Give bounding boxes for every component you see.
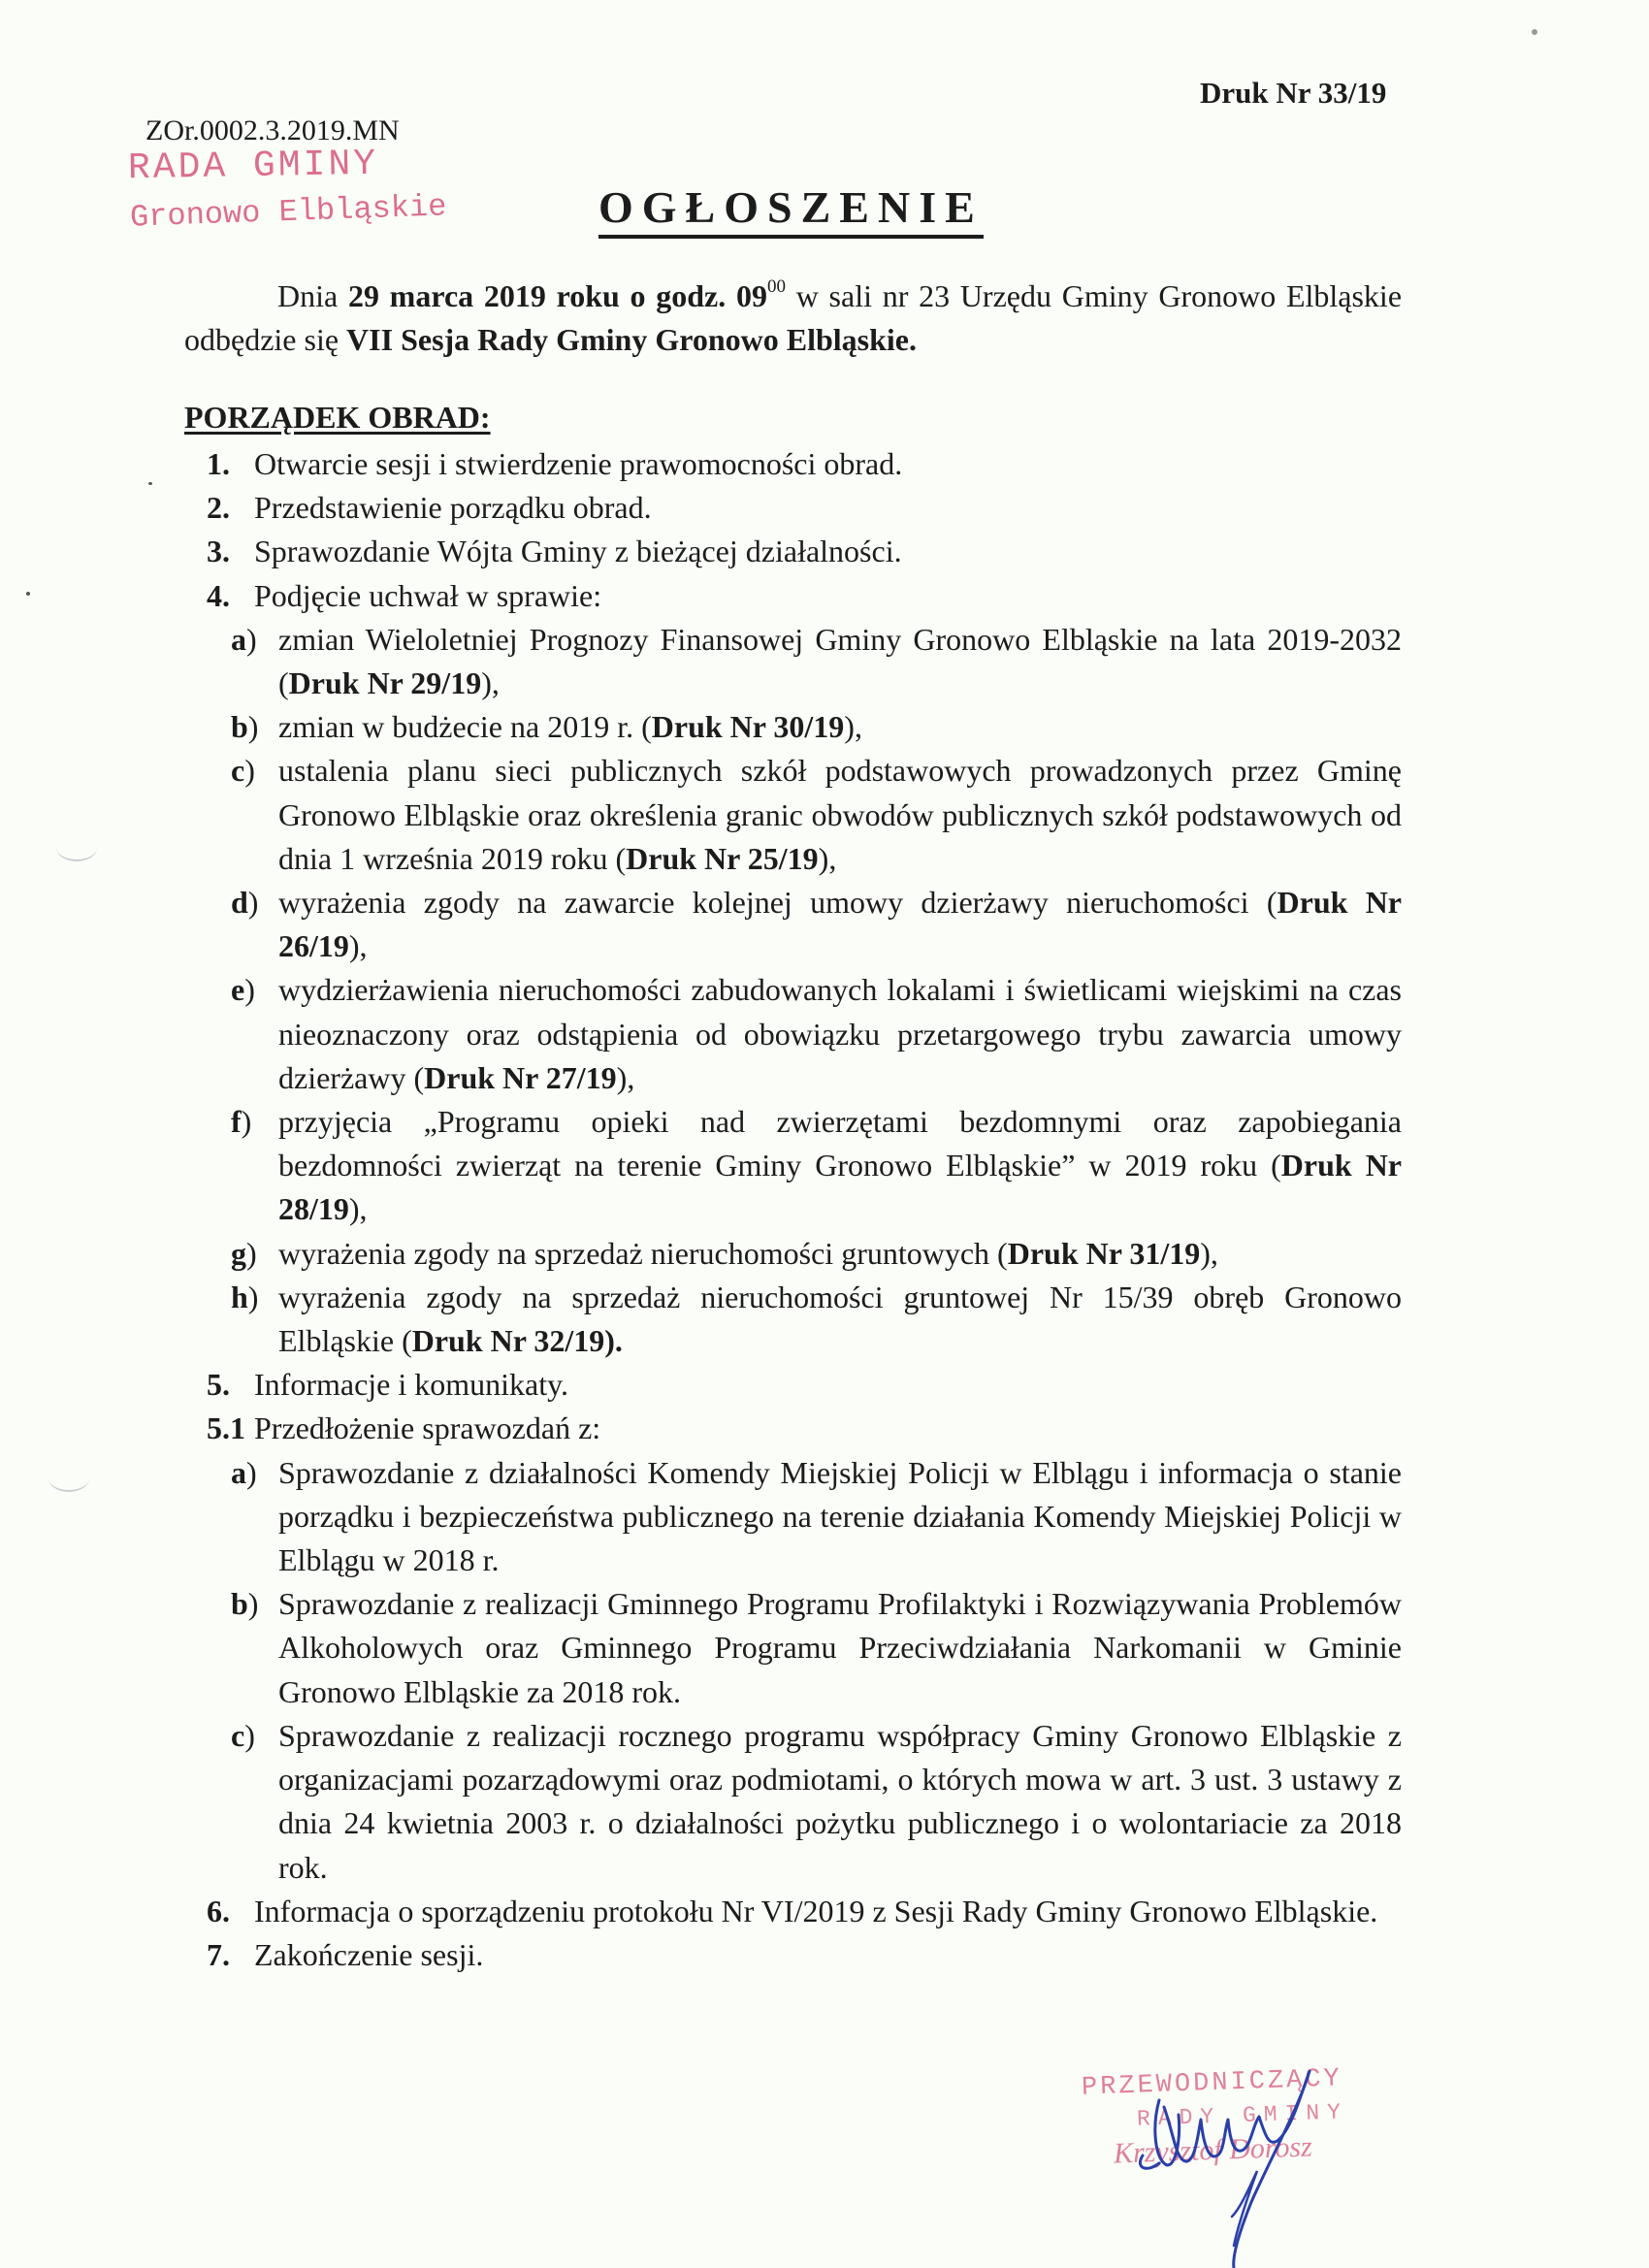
- subitem-text: zmian Wieloletniej Prognozy Finansowej G…: [278, 618, 1402, 705]
- agenda-item-6: 6. Informacja o sporządzeniu protokołu N…: [207, 1890, 1402, 1933]
- session-name: VII Sesja Rady Gminy Gronowo Elbląskie.: [346, 322, 917, 357]
- agenda-item-5-1: 5.1 Przedłożenie sprawozdań z:: [207, 1407, 1402, 1450]
- document-page: Druk Nr 33/19 ZOr.0002.3.2019.MN RADA GM…: [0, 0, 1649, 2268]
- handwritten-signature-icon: [1067, 2047, 1377, 2268]
- item-text: Informacje i komunikaty.: [254, 1363, 1402, 1407]
- agenda-item-2: 2. Przedstawienie porządku obrad.: [207, 486, 1402, 530]
- subitem-text: wyrażenia zgody na sprzedaż nieruchomośc…: [278, 1232, 1402, 1276]
- subitem-letter: h): [231, 1276, 278, 1319]
- agenda-subitem-4b: b) zmian w budżecie na 2019 r. (Druk Nr …: [207, 705, 1402, 749]
- subitem-text: przyjęcia „Programu opieki nad zwierzęta…: [278, 1100, 1402, 1232]
- intro-paragraph: Dnia 29 marca 2019 roku o godz. 0900 w s…: [184, 275, 1402, 362]
- druk-reference: Druk Nr 29/19: [289, 665, 482, 700]
- druk-reference: Druk Nr 25/19: [626, 841, 819, 876]
- druk-reference: Druk Nr 32/19).: [412, 1323, 623, 1358]
- agenda-subitem-4c: c) ustalenia planu sieci publicznych szk…: [207, 749, 1402, 881]
- subitem-letter: c): [231, 749, 278, 793]
- scan-speck: [148, 482, 152, 485]
- agenda-list: 1. Otwarcie sesji i stwierdzenie prawomo…: [207, 442, 1402, 1977]
- item-number: 6.: [207, 1890, 254, 1933]
- subitem-text: ustalenia planu sieci publicznych szkół …: [278, 749, 1402, 881]
- item-number: 7.: [207, 1933, 254, 1977]
- item-text: Zakończenie sesji.: [254, 1933, 1402, 1977]
- document-title: OGŁOSZENIE: [598, 182, 984, 239]
- reference-code: ZOr.0002.3.2019.MN: [145, 114, 400, 147]
- subitem-text: wydzierżawienia nieruchomości zabudowany…: [278, 968, 1402, 1100]
- subitem-letter: a): [231, 1451, 278, 1495]
- item-number: 5.1: [207, 1407, 254, 1450]
- subitem-text: wyrażenia zgody na sprzedaż nieruchomośc…: [278, 1276, 1402, 1363]
- item-text: Informacja o sporządzeniu protokołu Nr V…: [254, 1890, 1402, 1933]
- agenda-item-3: 3. Sprawozdanie Wójta Gminy z bieżącej d…: [207, 530, 1402, 573]
- punch-hole-mark: [48, 1465, 89, 1492]
- agenda-subitem-5-1a: a) Sprawozdanie z działalności Komendy M…: [207, 1451, 1402, 1583]
- agenda-heading: PORZĄDEK OBRAD:: [184, 400, 491, 436]
- subitem-letter: b): [231, 1582, 278, 1626]
- agenda-item-7: 7. Zakończenie sesji.: [207, 1933, 1402, 1977]
- council-stamp-line1: RADA GMINY: [128, 144, 379, 189]
- scan-speck: [26, 592, 30, 596]
- item-text: Sprawozdanie Wójta Gminy z bieżącej dzia…: [254, 530, 1402, 573]
- agenda-subitem-4d: d) wyrażenia zgody na zawarcie kolejnej …: [207, 881, 1402, 968]
- agenda-subitem-5-1b: b) Sprawozdanie z realizacji Gminnego Pr…: [207, 1582, 1402, 1714]
- session-time-minutes: 00: [767, 276, 786, 297]
- item-text: Przedstawienie porządku obrad.: [254, 486, 1402, 530]
- druk-reference: Druk Nr 30/19: [652, 709, 845, 744]
- druk-reference: Druk Nr 31/19: [1008, 1236, 1201, 1271]
- agenda-subitem-5-1c: c) Sprawozdanie z realizacji rocznego pr…: [207, 1714, 1402, 1890]
- subitem-text: Sprawozdanie z działalności Komendy Miej…: [278, 1451, 1402, 1583]
- druk-reference: Druk Nr 27/19: [424, 1060, 617, 1095]
- agenda-subitem-4a: a) zmian Wieloletniej Prognozy Finansowe…: [207, 618, 1402, 705]
- item-number: 5.: [207, 1363, 254, 1407]
- item-number: 3.: [207, 530, 254, 573]
- subitem-letter: c): [231, 1714, 278, 1758]
- agenda-subitem-4f: f) przyjęcia „Programu opieki nad zwierz…: [207, 1100, 1402, 1232]
- item-number: 1.: [207, 442, 254, 486]
- subitem-letter: g): [231, 1232, 278, 1276]
- intro-text: Dnia: [277, 278, 348, 313]
- druk-number: Druk Nr 33/19: [1200, 76, 1386, 111]
- subitem-letter: e): [231, 968, 278, 1012]
- subitem-letter: a): [231, 618, 278, 662]
- agenda-item-4: 4. Podjęcie uchwał w sprawie:: [207, 574, 1402, 618]
- subitem-letter: b): [231, 705, 278, 749]
- agenda-item-5: 5. Informacje i komunikaty.: [207, 1363, 1402, 1407]
- subitem-text: Sprawozdanie z realizacji rocznego progr…: [278, 1714, 1402, 1890]
- item-number: 4.: [207, 574, 254, 618]
- punch-hole-mark: [56, 834, 97, 861]
- agenda-subitem-4e: e) wydzierżawienia nieruchomości zabudow…: [207, 968, 1402, 1100]
- subitem-text: zmian w budżecie na 2019 r. (Druk Nr 30/…: [278, 705, 1402, 749]
- subitem-letter: f): [231, 1100, 278, 1144]
- item-number: 2.: [207, 486, 254, 530]
- session-date: 29 marca 2019 roku o godz. 0900: [348, 278, 786, 313]
- subitem-letter: d): [231, 881, 278, 924]
- item-text: Przedłożenie sprawozdań z:: [254, 1407, 1402, 1450]
- scan-speck: [1532, 29, 1537, 35]
- item-text: Podjęcie uchwał w sprawie:: [254, 574, 1402, 618]
- council-stamp-line2: Gronowo Elbląskie: [129, 188, 447, 235]
- agenda-item-1: 1. Otwarcie sesji i stwierdzenie prawomo…: [207, 442, 1402, 486]
- agenda-subitem-4g: g) wyrażenia zgody na sprzedaż nieruchom…: [207, 1232, 1402, 1276]
- item-text: Otwarcie sesji i stwierdzenie prawomocno…: [254, 442, 1402, 486]
- agenda-subitem-4h: h) wyrażenia zgody na sprzedaż nieruchom…: [207, 1276, 1402, 1363]
- subitem-text: Sprawozdanie z realizacji Gminnego Progr…: [278, 1582, 1402, 1714]
- subitem-text: wyrażenia zgody na zawarcie kolejnej umo…: [278, 881, 1402, 968]
